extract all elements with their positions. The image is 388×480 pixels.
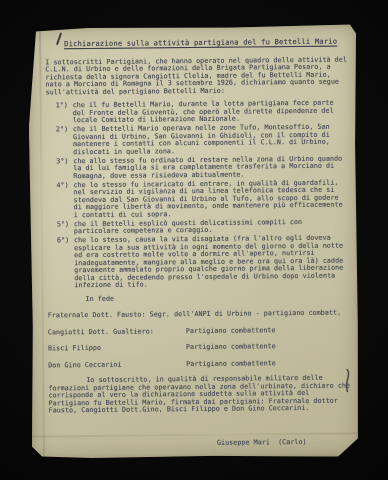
signature-row: Cangiotti Dott. Gualtiero: Partigiano co… (48, 326, 351, 336)
item-text: che lo stesso, causa la vita disagiata (… (74, 235, 350, 290)
item-text: che il Bettelli Mario operava nelle zone… (73, 124, 349, 157)
item-number: 3°) (56, 158, 73, 181)
signature-row: Fraternale Dott. Fausto: Segr. dell'ANPI… (48, 309, 351, 319)
list-item: 1°) che il fu Bettelli Mario, durante la… (56, 100, 349, 125)
document-title: Dichiarazione sulla attività partigiana … (64, 38, 348, 48)
signatory-role: Partigiano combattente (186, 327, 276, 335)
signatory-role: Partigiano combattente (186, 360, 276, 368)
signatory-name: Cangiotti Dott. Gualtiero: (48, 328, 186, 337)
list-item: 3°) che allo stesso fu ordinato di resta… (56, 155, 349, 180)
final-signature: Giuseppe Mari (Carlo) (217, 438, 352, 447)
item-number: 5°) (57, 221, 74, 236)
scan-background: { "page": { "background_color": "#0a0a0a… (0, 0, 388, 480)
item-number: 4°) (56, 182, 73, 220)
item-number: 6°) (57, 237, 75, 290)
signature-block: Fraternale Dott. Fausto: Segr. dell'ANPI… (48, 309, 352, 369)
list-item: 4°) che lo stesso fu incaricato di entra… (56, 179, 349, 219)
signatory-name: Bisci Filippo (48, 344, 186, 353)
list-item: 6°) che lo stesso, causa la vita disagia… (57, 235, 350, 290)
closing-paragraph: Io sottoscritto, in qualità di responsab… (48, 374, 351, 414)
list-item: 2°) che il Bettelli Mario operava nelle … (56, 124, 349, 157)
signatory-name: Don Gino Ceccarini (48, 361, 186, 370)
in-fede-label: In fede (86, 293, 351, 303)
item-text: che il fu Bettelli Mario, durante la lot… (73, 100, 349, 125)
item-text: che lo stesso fu incaricato di entrare, … (73, 179, 349, 219)
intro-paragraph: I sottoscritti Partigiani, che hanno ope… (45, 56, 348, 96)
item-number: 1°) (56, 102, 73, 125)
numbered-list: 1°) che il fu Bettelli Mario, durante la… (46, 100, 351, 290)
document-content: Dichiarazione sulla attività partigiana … (45, 34, 352, 449)
item-text: che allo stesso fu ordinato di restare n… (73, 155, 349, 180)
signature-row: Don Gino Ceccarini Partigiano combattent… (48, 359, 351, 369)
paper-crease-vertical (39, 27, 45, 459)
signatory-name: Fraternale Dott. Fausto: Segr. dell'ANPI… (48, 310, 342, 320)
item-number: 2°) (56, 126, 73, 156)
signature-row: Bisci Filippo Partigiano combattente (48, 342, 351, 352)
signatory-role: Partigiano combattente (186, 343, 276, 351)
scanned-document-page: Dichiarazione sulla attività partigiana … (28, 24, 360, 459)
